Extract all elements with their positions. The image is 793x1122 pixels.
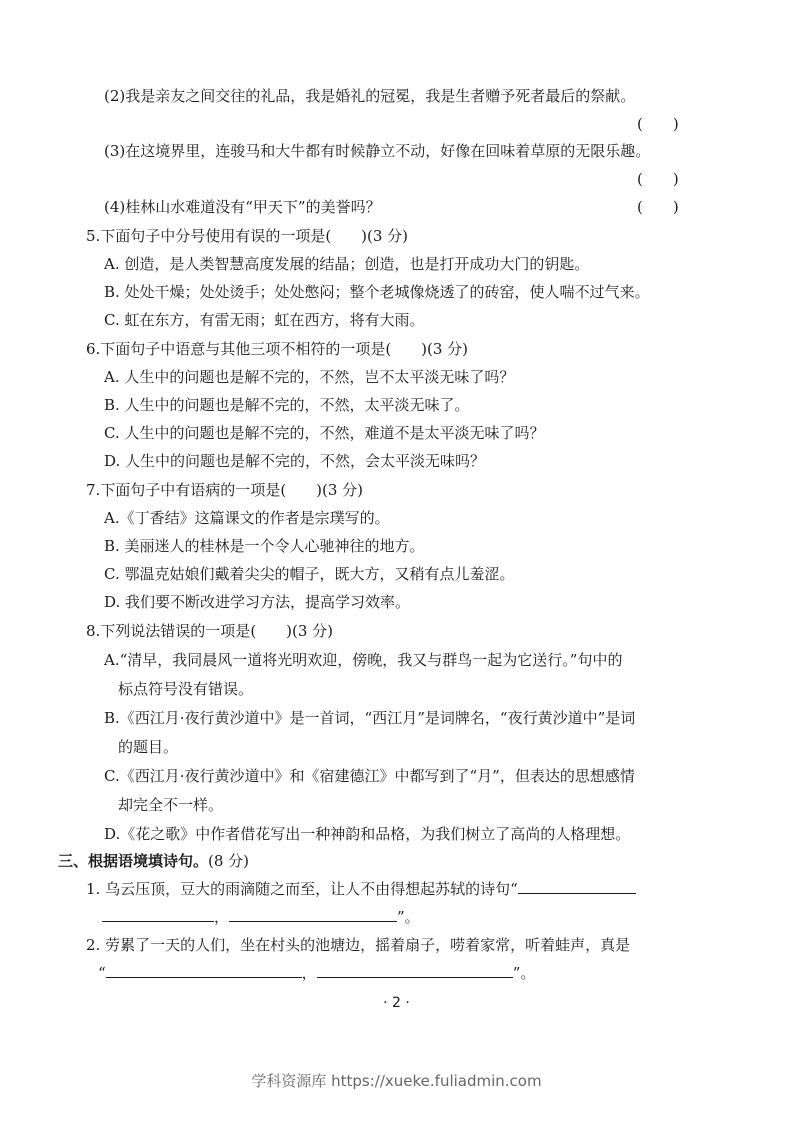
q7-option-a: A.《丁香结》这篇课文的作者是宗璞写的。	[104, 508, 390, 528]
q4-item-4: (4)桂林山水难道没有“甲天下”的美誉吗？	[104, 197, 381, 217]
s3-q2-open: “	[98, 964, 106, 982]
s3-q1-text: 1. 乌云压顶，豆大的雨滴随之而至，让人不由得想起苏轼的诗句“	[86, 880, 518, 898]
q4-item-4-answer[interactable]: ( )	[637, 197, 679, 217]
q7-stem: 7.下面句子中有语病的一项是( )(3 分)	[86, 480, 363, 500]
s3-q1: 1. 乌云压顶，豆大的雨滴随之而至，让人不由得想起苏轼的诗句“	[86, 879, 636, 899]
q6-option-b: B. 人生中的问题也是解不完的，不然，太平淡无味了。	[104, 395, 470, 415]
s3-q2-cont: “，”。	[98, 963, 535, 983]
q6-option-a: A. 人生中的问题也是解不完的，不然，岂不太平淡无味了吗？	[104, 367, 514, 387]
s3-q2: 2. 劳累了一天的人们，坐在村头的池塘边，摇着扇子，唠着家常，听着蛙声，真是	[86, 935, 630, 955]
s3-q1-blank-2[interactable]	[102, 907, 214, 922]
q8-option-a-cont: 标点符号没有错误。	[118, 679, 253, 699]
q4-item-3: (3)在这境界里，连骏马和大牛都有时候静立不动，好像在回味着草原的无限乐趣。	[104, 141, 650, 161]
q8-option-b-cont: 的题目。	[118, 737, 178, 757]
q6-option-c: C. 人生中的问题也是解不完的，不然，难道不是太平淡无味了吗？	[104, 423, 544, 443]
q7-option-c: C. 鄂温克姑娘们戴着尖尖的帽子，既大方，又稍有点儿羞涩。	[104, 564, 514, 584]
q8-option-b: B.《西江月·夜行黄沙道中》是一首词，“西江月”是词牌名，“夜行黄沙道中”是词	[104, 708, 635, 728]
q6-stem: 6.下面句子中语意与其他三项不相符的一项是( )(3 分)	[86, 339, 468, 359]
section3-heading: 三、根据语境填诗句。(8 分)	[58, 851, 249, 871]
s3-q1-end: ”。	[397, 908, 420, 926]
q4-item-2-answer[interactable]: ( )	[637, 114, 679, 134]
q5-stem: 5.下面句子中分号使用有误的一项是( )(3 分)	[86, 226, 408, 246]
page-number: · 2 ·	[0, 995, 793, 1011]
q7-option-d: D. 我们要不断改进学习方法，提高学习效率。	[104, 592, 410, 612]
q5-option-a: A. 创造，是人类智慧高度发展的结晶；创造，也是打开成功大门的钥匙。	[104, 254, 589, 274]
s3-q2-blank-2[interactable]	[317, 963, 513, 978]
q8-option-c-cont: 却完全不一样。	[118, 795, 223, 815]
section3-title: 三、根据语境填诗句。	[58, 852, 208, 870]
section3-points: (8 分)	[208, 852, 249, 870]
q8-option-a: A.“清早，我同晨风一道将光明欢迎，傍晚，我又与群鸟一起为它送行。”句中的	[104, 650, 622, 670]
s3-q1-blank-3[interactable]	[229, 907, 397, 922]
q4-item-3-answer[interactable]: ( )	[637, 169, 679, 189]
watermark: 学科资源库 https://xueke.fuliadmin.com	[0, 1070, 793, 1091]
q5-option-b: B. 处处干燥；处处烫手；处处憋闷；整个老城像烧透了的砖窑，使人喘不过气来。	[104, 282, 650, 302]
q7-option-b: B. 美丽迷人的桂林是一个令人心驰神往的地方。	[104, 536, 425, 556]
s3-q2-end: ”。	[513, 964, 536, 982]
s3-q2-comma: ，	[302, 964, 317, 982]
s3-q2-blank-1[interactable]	[106, 963, 302, 978]
q8-option-d: D.《花之歌》中作者借花写出一种神韵和品格，为我们树立了高尚的人格理想。	[104, 824, 630, 844]
s3-q1-comma: ，	[214, 908, 229, 926]
q5-option-c: C. 虹在东方，有雷无雨；虹在西方，将有大雨。	[104, 310, 424, 330]
q8-option-c: C.《西江月·夜行黄沙道中》和《宿建德江》中都写到了“月”，但表达的思想感情	[104, 766, 635, 786]
q6-option-d: D. 人生中的问题也是解不完的，不然，会太平淡无味吗？	[104, 451, 485, 471]
s3-q1-blank-1[interactable]	[518, 879, 636, 894]
s3-q1-cont: ，”。	[102, 907, 420, 927]
q8-stem: 8.下列说法错误的一项是( )(3 分)	[86, 621, 333, 641]
q4-item-2: (2)我是亲友之间交往的礼品，我是婚礼的冠冕，我是生者赠予死者最后的祭献。	[104, 86, 635, 106]
